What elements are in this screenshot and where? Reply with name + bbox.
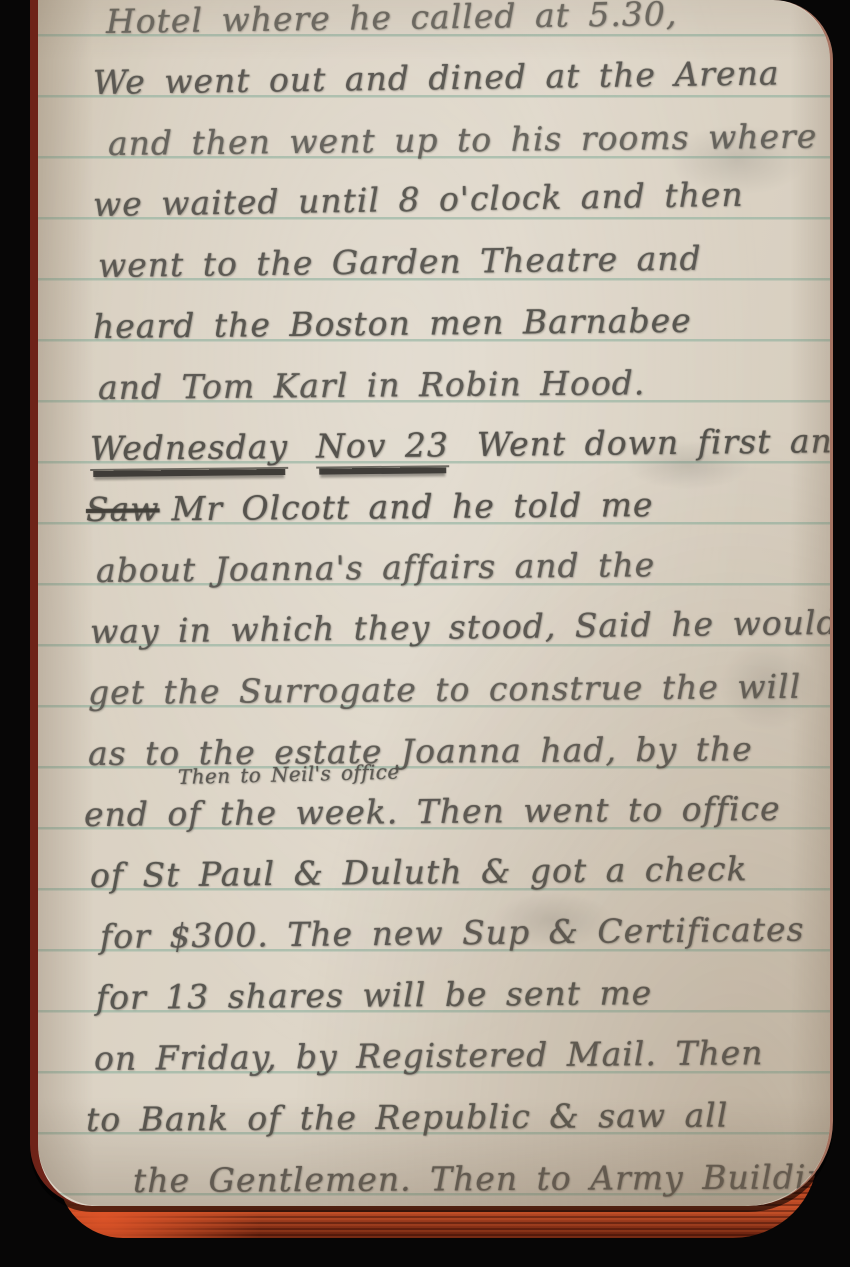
notebook-photo-background: Hotel where he called at 5.30,We went ou…: [0, 0, 850, 1267]
handwriting-text: for $300. The new Sup & Certificates: [100, 910, 805, 956]
handwriting-line: heard the Boston men Barnabee: [93, 302, 704, 346]
handwriting-line: Hotel where he called at 5.30,: [106, 0, 690, 41]
handwriting-line: get the Surrogate to construe the will: [88, 668, 814, 712]
handwriting-text: to Bank of the Republic & saw all: [86, 1096, 729, 1139]
underlined-date-text: Nov 23: [316, 425, 449, 468]
handwriting-text: for 13 shares will be sent me: [96, 973, 653, 1017]
handwriting-text: and then went up to his rooms where: [108, 117, 818, 163]
handwriting-text: and Tom Karl in Robin Hood.: [98, 363, 646, 407]
notebook-page: Hotel where he called at 5.30,We went ou…: [30, 0, 833, 1206]
handwriting-text: of St Paul & Duluth & got a check: [90, 849, 748, 895]
handwriting-text: We went out and dined at the Arena: [93, 53, 780, 102]
handwriting-text: Saw: [86, 489, 160, 529]
handwriting-line: the Gentlemen. Then to Army Building: [133, 1158, 833, 1200]
handwriting-line: and Tom Karl in Robin Hood.: [98, 364, 658, 407]
handwriting-text: about Joanna's affairs and the: [96, 545, 656, 590]
handwriting-line: SawMr Olcott and he told me: [86, 486, 666, 529]
handwriting-text: heard the Boston men Barnabee: [93, 301, 692, 346]
handwriting-line: and then went up to his rooms where: [108, 117, 830, 163]
handwriting-line: WednesdayNov 23Went down first and: [90, 422, 833, 468]
handwriting-text: Went down first and: [477, 421, 833, 464]
handwriting-line: We went out and dined at the Arena: [93, 54, 792, 102]
handwriting-text: end of the week. Then went to office: [84, 789, 781, 834]
handwriting-text: get the Surrogate to construe the will: [88, 667, 802, 712]
handwriting-line: of St Paul & Duluth & got a check: [90, 850, 760, 895]
handwriting-text: way in which they stood, Said he would: [90, 603, 833, 651]
handwriting-line: on Friday, by Registered Mail. Then: [94, 1034, 776, 1078]
handwriting-text: Then to Neil's office: [178, 760, 400, 789]
handwriting-line: for $300. The new Sup & Certificates: [100, 910, 817, 956]
handwriting-text: Hotel where he called at 5.30,: [106, 0, 678, 41]
handwriting-line: end of the week. Then went to office: [84, 790, 793, 834]
handwriting-text: went to the Garden Theatre and: [98, 239, 702, 285]
handwriting-line: went to the Garden Theatre and: [98, 239, 714, 285]
handwriting-text: on Friday, by Registered Mail. Then: [94, 1033, 764, 1078]
underlined-date-text: Wednesday: [90, 427, 288, 471]
handwriting-line: for 13 shares will be sent me: [96, 974, 665, 1017]
handwriting-line: Then to Neil's office: [178, 759, 412, 789]
handwriting-line: way in which they stood, Said he would: [90, 604, 833, 651]
handwriting-text: the Gentlemen. Then to Army Building: [133, 1157, 833, 1200]
handwriting-text: we waited until 8 o'clock and then: [93, 175, 744, 224]
handwriting-line: we waited until 8 o'clock and then: [93, 176, 756, 224]
handwriting-text: Mr Olcott and he told me: [171, 485, 653, 528]
handwriting-line: about Joanna's affairs and the: [96, 546, 668, 590]
handwriting-line: to Bank of the Republic & saw all: [86, 1096, 741, 1139]
handwritten-text-layer: Hotel where he called at 5.30,We went ou…: [38, 0, 830, 1206]
